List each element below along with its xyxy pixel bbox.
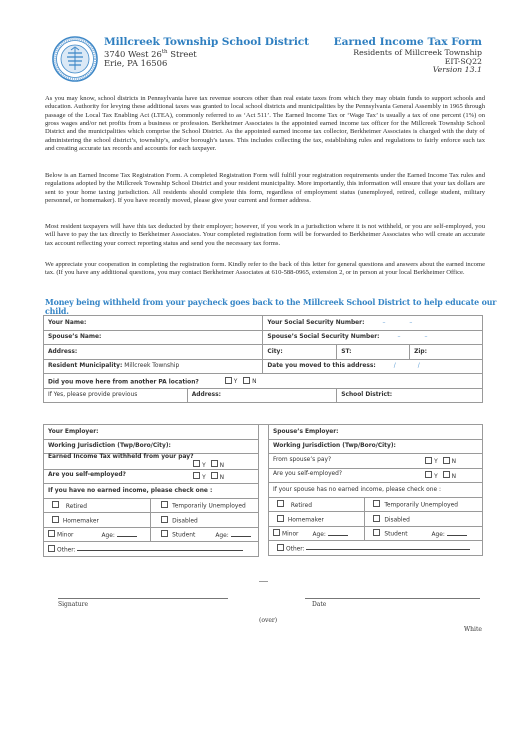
other-label: Other: xyxy=(286,546,305,552)
spouse-student-age-input[interactable] xyxy=(447,530,467,536)
temp-unemployed-label: Temporarily Unemployed xyxy=(384,503,458,509)
registration-paragraph: Below is an Earned Income Tax Registrati… xyxy=(45,172,485,205)
moved-question-label: Did you move here from another PA locati… xyxy=(48,379,199,385)
no-label: N xyxy=(220,463,224,469)
district-name: Millcreek Township School District xyxy=(104,37,309,49)
moved-from-pa-row: Did you move here from another PA locati… xyxy=(44,374,483,389)
homemaker-label: Homemaker xyxy=(63,518,99,524)
no-label: N xyxy=(220,475,224,481)
spouse-ssn-label: Spouse’s Social Security Number: xyxy=(267,334,379,340)
checkbox-icon xyxy=(277,544,284,551)
date-separator: / xyxy=(418,363,420,369)
spouse-retired-option[interactable]: Retired xyxy=(269,497,365,512)
school-district-label: School District: xyxy=(341,392,392,398)
over-note: (over) xyxy=(259,617,277,624)
your-homemaker-option[interactable]: Homemaker xyxy=(44,513,151,528)
spouse-student-option[interactable]: StudentAge: xyxy=(365,526,483,541)
your-ssn-label: Your Social Security Number: xyxy=(267,320,364,326)
ssn-separator: – xyxy=(398,334,401,340)
ssn-separator: – xyxy=(382,320,385,326)
spouse-employer-field[interactable]: Spouse’s Employer: xyxy=(269,425,483,440)
address-field[interactable]: Address: xyxy=(44,345,263,360)
if-yes-label-cell: If Yes, please provide previous xyxy=(44,388,188,403)
minor-label: Minor xyxy=(282,532,298,538)
checkbox-icon xyxy=(52,516,59,523)
checkbox-icon xyxy=(161,516,168,523)
your-self-employed-label: Are you self-employed? xyxy=(48,472,126,478)
spouse-disabled-option[interactable]: Disabled xyxy=(365,512,483,527)
moved-no-checkbox[interactable]: N xyxy=(243,379,256,385)
checkbox-icon xyxy=(273,529,280,536)
date-separator: / xyxy=(394,363,396,369)
your-name-label: Your Name: xyxy=(48,320,86,326)
spouse-homemaker-option[interactable]: Homemaker xyxy=(269,512,365,527)
no-label: N xyxy=(452,474,456,480)
checkbox-icon xyxy=(243,377,250,384)
disabled-label: Disabled xyxy=(172,518,198,524)
school-district-seal-icon xyxy=(52,36,98,82)
ssn-separator: – xyxy=(424,334,427,340)
spouse-self-employed-row: Are you self-employed? Y N xyxy=(269,468,483,483)
spouse-withheld-label: From spouse’s pay? xyxy=(273,457,331,463)
retired-label: Retired xyxy=(291,503,312,509)
withheld-yes-checkbox[interactable]: Y xyxy=(193,463,206,469)
yes-label: Y xyxy=(202,463,206,469)
checkbox-icon xyxy=(277,500,284,507)
spouse-minor-option[interactable]: MinorAge: xyxy=(269,526,365,541)
checkbox-icon xyxy=(48,545,55,552)
date-moved-label: Date you moved to this address: xyxy=(267,363,375,369)
spouse-self-employed-yes-checkbox[interactable]: Y xyxy=(425,474,438,480)
spouse-jurisdiction-label: Working Jurisdiction (Twp/Boro/City): xyxy=(273,443,396,449)
your-student-option[interactable]: StudentAge: xyxy=(151,527,259,542)
your-employer-field[interactable]: Your Employer: xyxy=(44,425,259,440)
resident-municipality-label: Resident Municipality: xyxy=(48,363,122,369)
intro-paragraph: As you may know, school districts in Pen… xyxy=(45,95,485,153)
your-temp-unemployed-option[interactable]: Temporarily Unemployed xyxy=(151,498,259,513)
checkbox-icon xyxy=(161,530,168,537)
checkbox-icon xyxy=(425,471,432,478)
yes-no-group: Y N xyxy=(193,460,254,469)
signature-label: Signature xyxy=(58,601,88,608)
yes-label: Y xyxy=(234,379,238,385)
checkbox-icon xyxy=(425,457,432,464)
your-other-option[interactable]: Other: xyxy=(44,542,259,557)
city-field[interactable]: City: xyxy=(263,345,337,360)
date-label: Date xyxy=(312,601,326,608)
student-label: Student xyxy=(172,533,195,539)
your-employer-label: Your Employer: xyxy=(48,429,98,435)
your-jurisdiction-label: Working Jurisdiction (Twp/Boro/City): xyxy=(48,443,171,449)
copy-color-label: White xyxy=(464,626,482,633)
date-moved-field[interactable]: Date you moved to this address:// xyxy=(263,359,483,374)
student-age-input[interactable] xyxy=(231,531,251,537)
your-employment-table: Your Employer: Working Jurisdiction (Twp… xyxy=(43,424,259,557)
spouse-name-label: Spouse’s Name: xyxy=(48,334,101,340)
spouse-withheld-no-checkbox[interactable]: N xyxy=(443,459,456,465)
city-label: City: xyxy=(267,349,282,355)
disabled-label: Disabled xyxy=(384,517,410,523)
checkbox-icon xyxy=(52,501,59,508)
checkbox-icon xyxy=(373,529,380,536)
your-withheld-row: Earned Income Tax withheld from your pay… xyxy=(44,454,259,470)
zip-label: Zip: xyxy=(414,349,427,355)
previous-address-field[interactable]: Address: xyxy=(187,388,336,403)
student-label: Student xyxy=(384,532,407,538)
other-label: Other: xyxy=(57,547,76,553)
spouse-withheld-yes-checkbox[interactable]: Y xyxy=(425,459,438,465)
checkbox-icon xyxy=(211,472,218,479)
if-yes-label: If Yes, please provide previous xyxy=(48,392,137,398)
spouse-employer-label: Spouse’s Employer: xyxy=(273,429,339,435)
your-withheld-label: Earned Income Tax withheld from your pay… xyxy=(48,454,194,460)
checkbox-icon xyxy=(225,377,232,384)
spouse-jurisdiction-field[interactable]: Working Jurisdiction (Twp/Boro/City): xyxy=(269,439,483,454)
checkbox-icon xyxy=(373,515,380,522)
resident-municipality-field: Resident Municipality: Millcreek Townshi… xyxy=(44,359,263,374)
age-label: Age: xyxy=(101,533,114,539)
moved-yes-checkbox[interactable]: Y xyxy=(225,379,238,385)
contact-paragraph: We appreciate your cooperation in comple… xyxy=(45,261,485,278)
form-version: Version 13.1 xyxy=(334,66,482,75)
previous-address-label: Address: xyxy=(192,392,221,398)
date-line[interactable] xyxy=(305,598,480,599)
spouse-self-employed-no-checkbox[interactable]: N xyxy=(443,474,456,480)
spouse-minor-age-input[interactable] xyxy=(328,530,348,536)
checkbox-icon xyxy=(277,515,284,522)
spouse-no-income-row: If your spouse has no earned income, ple… xyxy=(269,483,483,498)
spouse-withheld-row: From spouse’s pay? Y N xyxy=(269,454,483,469)
your-no-income-row: If you have no earned income, please che… xyxy=(44,484,259,499)
minor-age-input[interactable] xyxy=(117,531,137,537)
minor-label: Minor xyxy=(57,533,73,539)
yes-label: Y xyxy=(202,475,206,481)
spouse-other-input[interactable] xyxy=(306,544,470,550)
checkbox-icon xyxy=(48,530,55,537)
state-label: ST: xyxy=(341,349,351,355)
signature-line[interactable] xyxy=(58,598,228,599)
checkbox-icon xyxy=(443,471,450,478)
no-label: N xyxy=(452,459,456,465)
checkbox-icon xyxy=(443,457,450,464)
your-name-field[interactable]: Your Name: xyxy=(44,316,263,331)
column-divider xyxy=(259,424,268,582)
checkbox-icon xyxy=(193,460,200,467)
personal-info-table: Your Name: Your Social Security Number:–… xyxy=(43,315,483,403)
your-disabled-option[interactable]: Disabled xyxy=(151,513,259,528)
spouse-temp-unemployed-option[interactable]: Temporarily Unemployed xyxy=(365,497,483,512)
your-retired-option[interactable]: Retired xyxy=(44,498,151,513)
age-label: Age: xyxy=(215,533,228,539)
spouse-employment-table: Spouse’s Employer: Working Jurisdiction … xyxy=(268,424,483,556)
checkbox-icon xyxy=(193,472,200,479)
your-jurisdiction-field[interactable]: Working Jurisdiction (Twp/Boro/City): xyxy=(44,439,259,454)
your-minor-option[interactable]: MinorAge: xyxy=(44,527,151,542)
spouse-other-option[interactable]: Other: xyxy=(269,541,483,556)
self-employed-no-checkbox[interactable]: N xyxy=(211,475,224,481)
checkbox-icon xyxy=(161,501,168,508)
yes-no-group: Y N xyxy=(193,472,254,481)
state-field[interactable]: ST: xyxy=(337,345,410,360)
street-suffix: Street xyxy=(168,49,197,59)
spouse-ssn-field[interactable]: Spouse’s Social Security Number:–– xyxy=(263,330,483,345)
yes-label: Y xyxy=(434,459,438,465)
spouse-no-income-label: If your spouse has no earned income, ple… xyxy=(273,487,441,493)
checkbox-icon xyxy=(211,460,218,467)
homemaker-label: Homemaker xyxy=(288,517,324,523)
withholding-paragraph: Most resident taxpayers will have this t… xyxy=(45,223,485,248)
retired-label: Retired xyxy=(66,504,87,510)
yes-no-group: Y N xyxy=(425,457,478,466)
your-self-employed-row: Are you self-employed? Y N xyxy=(44,469,259,484)
district-info: Millcreek Township School District 3740 … xyxy=(104,37,309,68)
slogan-heading: Money being withheld from your paycheck … xyxy=(45,298,505,316)
yes-label: Y xyxy=(434,474,438,480)
ssn-separator: – xyxy=(409,320,412,326)
temp-unemployed-label: Temporarily Unemployed xyxy=(172,504,246,510)
address-label: Address: xyxy=(48,349,77,355)
age-label: Age: xyxy=(432,532,445,538)
form-header: Earned Income Tax Form Residents of Mill… xyxy=(334,37,482,75)
resident-municipality-value: Millcreek Township xyxy=(124,363,179,369)
your-ssn-field[interactable]: Your Social Security Number:–– xyxy=(263,316,483,331)
zip-field[interactable]: Zip: xyxy=(410,345,483,360)
checkbox-icon xyxy=(373,500,380,507)
spouse-self-employed-label: Are you self-employed? xyxy=(273,471,342,477)
no-label: N xyxy=(252,379,256,385)
self-employed-yes-checkbox[interactable]: Y xyxy=(193,475,206,481)
age-label: Age: xyxy=(312,532,325,538)
other-input[interactable] xyxy=(77,545,243,551)
your-no-income-label: If you have no earned income, please che… xyxy=(48,488,212,494)
previous-school-district-field[interactable]: School District: xyxy=(337,388,483,403)
withheld-no-checkbox[interactable]: N xyxy=(211,463,224,469)
spouse-name-field[interactable]: Spouse’s Name: xyxy=(44,330,263,345)
yes-no-group: Y N xyxy=(425,471,478,480)
district-address-city: Erie, PA 16506 xyxy=(104,59,309,68)
